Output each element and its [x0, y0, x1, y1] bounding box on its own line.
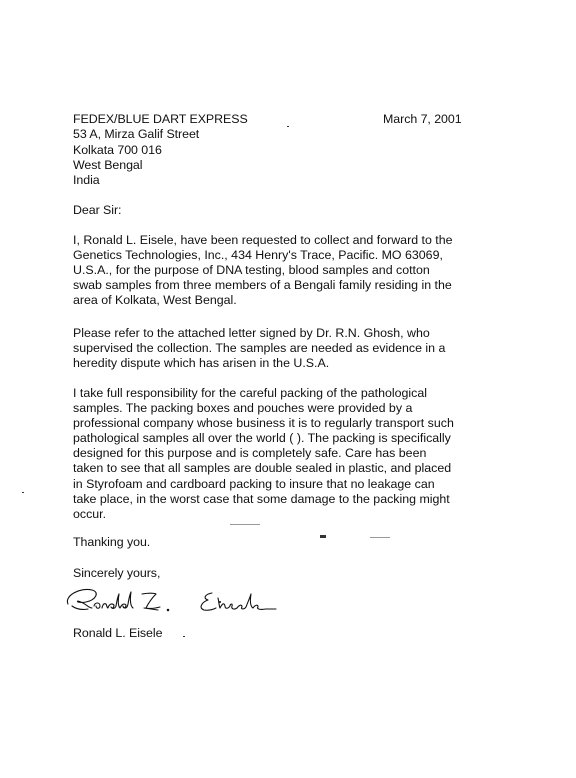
paragraph-line: U.S.A., for the purpose of DNA testing, … [73, 263, 513, 278]
scan-speck [230, 524, 260, 525]
scan-speck [370, 537, 390, 538]
recipient-state: West Bengal [73, 158, 142, 173]
paragraph-line: supervised the collection. The samples a… [73, 341, 513, 356]
closing-line: Sincerely yours, [73, 566, 160, 581]
signature-icon [62, 584, 322, 620]
letter-date: March 7, 2001 [383, 112, 462, 127]
paragraph-line: professional company whose business it i… [73, 416, 513, 431]
letter-page: FEDEX/BLUE DART EXPRESS 53 A, Mirza Gali… [0, 0, 576, 778]
paragraph-line: samples. The packing boxes and pouches w… [73, 401, 513, 416]
body-paragraph-3: I take full responsibility for the caref… [73, 386, 513, 522]
recipient-city: Kolkata 700 016 [73, 143, 162, 158]
body-paragraph-2: Please refer to the attached letter sign… [73, 326, 513, 371]
paragraph-line: heredity dispute which has arisen in the… [73, 356, 513, 371]
recipient-country: India [73, 173, 100, 188]
paragraph-line: pathological samples all over the world … [73, 431, 513, 446]
paragraph-line: Genetics Technologies, Inc., 434 Henry's… [73, 248, 513, 263]
paragraph-line: in Styrofoam and cardboard packing to in… [73, 477, 513, 492]
recipient-street: 53 A, Mirza Galif Street [73, 127, 199, 142]
paragraph-line: occur. [73, 507, 513, 522]
paragraph-line: taken to see that all samples are double… [73, 461, 513, 476]
thanks-line: Thanking you. [73, 535, 150, 550]
paragraph-line: swab samples from three members of a Ben… [73, 278, 513, 293]
scan-speck [320, 535, 326, 538]
scan-speck [22, 492, 24, 493]
paragraph-line: I take full responsibility for the caref… [73, 386, 513, 401]
scan-speck [183, 636, 185, 637]
paragraph-line: Please refer to the attached letter sign… [73, 326, 513, 341]
paragraph-line: designed for this purpose and is complet… [73, 446, 513, 461]
paragraph-line: I, Ronald L. Eisele, have been requested… [73, 233, 513, 248]
body-paragraph-1: I, Ronald L. Eisele, have been requested… [73, 233, 513, 308]
salutation: Dear Sir: [73, 203, 121, 218]
scan-speck [287, 126, 289, 127]
recipient-company: FEDEX/BLUE DART EXPRESS [73, 112, 248, 127]
signer-name: Ronald L. Eisele [73, 626, 162, 641]
paragraph-line: area of Kolkata, West Bengal. [73, 293, 513, 308]
paragraph-line: take place, in the worst case that some … [73, 492, 513, 507]
